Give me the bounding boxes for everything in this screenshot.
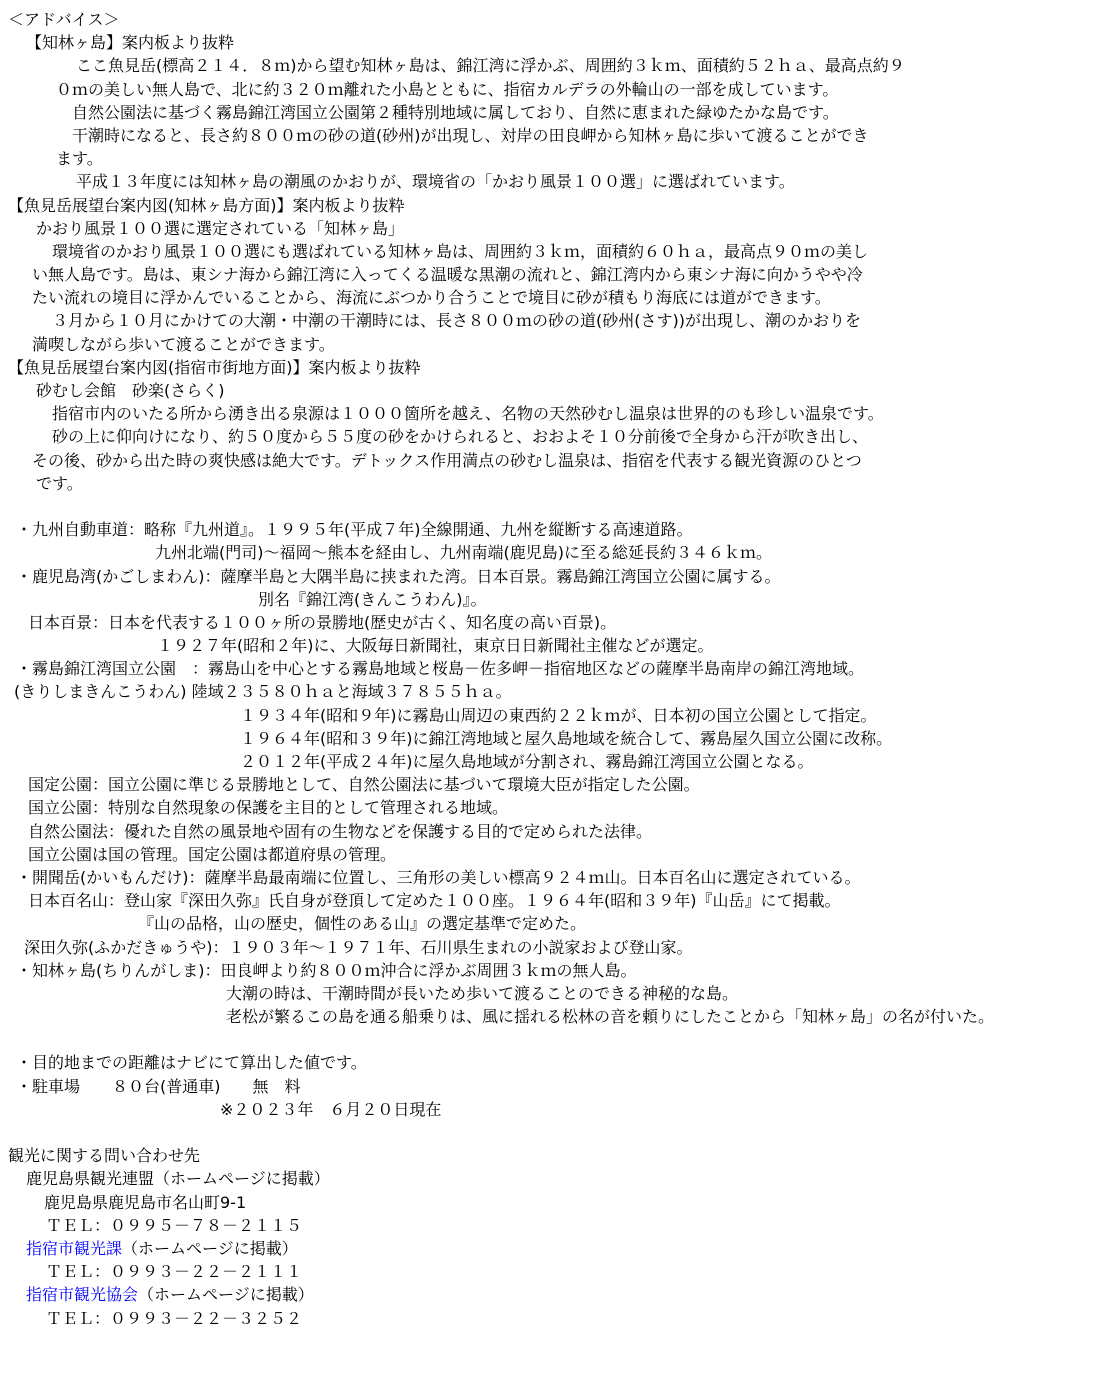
text-line: 干潮時になると、長さ約８００ｍの砂の道(砂州)が出現し、対岸の田良岬から知林ヶ島…: [0, 124, 1103, 147]
org-name: 鹿児島県観光連盟: [26, 1169, 154, 1188]
glossary-item-kokutei-koen: 国定公園：国立公園に準じる景勝地として、自然公園法に基づいて環境大臣が指定した公…: [0, 773, 1103, 796]
text-line: (きりしまきんこうわん) 陸域２３５８０ｈａと海域３７８５５ｈａ。: [0, 680, 1103, 703]
text-line: ２０１２年(平成２４年)に屋久島地域が分割され、霧島錦江湾国立公園となる。: [0, 750, 1103, 773]
contact-tel: ＴＥＬ：０９９３－２２－３２５２: [0, 1307, 1103, 1330]
text-line: 老松が繁るこの島を通る船乗りは、風に揺れる松林の音を頼りにしたことから「知林ヶ島…: [0, 1005, 1103, 1028]
remark-distance: ・目的地までの距離はナビにて算出した値です。: [0, 1051, 1103, 1074]
text-line: 自然公園法に基づく霧島錦江湾国立公園第２種特別地域に属しており、自然に恵まれた緑…: [0, 101, 1103, 124]
text-line: ３月から１０月にかけての大潮・中潮の干潮時には、長さ８００ｍの砂の道(砂州(さす…: [0, 309, 1103, 332]
org-note: （ホームページに掲載）: [138, 1285, 314, 1304]
text-line: 大潮の時は、干潮時間が長いため歩いて渡ることのできる神秘的な島。: [0, 982, 1103, 1005]
advice-document: ＜アドバイス＞ 【知林ヶ島】案内板より抜粋 ここ魚見岳(標高２１４．８ｍ)から望…: [0, 0, 1103, 1330]
text-line: １９３４年(昭和９年)に霧島山周辺の東西約２２ｋｍが、日本初の国立公園として指定…: [0, 704, 1103, 727]
text-line: 指宿市内のいたる所から湧き出る泉源は１０００箇所を越え、名物の天然砂むし温泉は世…: [0, 402, 1103, 425]
contact-tel: ＴＥＬ：０９９５－７８－２１１５: [0, 1214, 1103, 1237]
contact-entry-kagoshima-renmei: 鹿児島県観光連盟（ホームページに掲載）: [0, 1167, 1103, 1190]
section-heading-uomidake-city: 【魚見岳展望台案内図(指宿市街地方面)】案内板より抜粋: [0, 356, 1103, 379]
remark-parking: ・駐車場 ８０台(普通車) 無 料: [0, 1075, 1103, 1098]
ibusuki-kankouka-link[interactable]: 指宿市観光課: [26, 1239, 122, 1258]
text-line: １９２７年(昭和２年)に、大阪毎日新聞社，東京日日新聞社主催などが選定。: [0, 634, 1103, 657]
glossary-item-fukada-kyuya: 深田久弥(ふかだきゅうや)：１９０３年～１９７１年、石川県生まれの小説家および登…: [0, 936, 1103, 959]
glossary-item-kaimondake: ・開聞岳(かいもんだけ)：薩摩半島最南端に位置し、三角形の美しい標高９２４ｍ山。…: [0, 866, 1103, 889]
contact-heading: 観光に関する問い合わせ先: [0, 1144, 1103, 1167]
glossary-item-kokuritsu-koen: 国立公園：特別な自然現象の保護を主目的として管理される地域。: [0, 796, 1103, 819]
text-line: 平成１３年度には知林ヶ島の潮風のかおりが、環境省の「かおり風景１００選」に選ばれ…: [0, 170, 1103, 193]
section-heading-chirin: 【知林ヶ島】案内板より抜粋: [0, 31, 1103, 54]
org-note: （ホームページに掲載）: [154, 1169, 330, 1188]
blank-line: [0, 1121, 1103, 1144]
blank-line: [0, 495, 1103, 518]
text-line: 『山の品格，山の歴史，個性のある山』の選定基準で定めた。: [0, 912, 1103, 935]
text-line: かおり風景１００選に選定されている「知林ヶ島」: [0, 217, 1103, 240]
glossary-item-chiringashima: ・知林ヶ島(ちりんがしま)：田良岬より約８００ｍ沖合に浮かぶ周囲３ｋｍの無人島。: [0, 959, 1103, 982]
remark-date: ※２０２３年 ６月２０日現在: [0, 1098, 1103, 1121]
text-line: 満喫しながら歩いて渡ることができます。: [0, 333, 1103, 356]
contact-address: 鹿児島県鹿児島市名山町9-1: [0, 1191, 1103, 1214]
text-line: １９６４年(昭和３９年)に錦江湾地域と屋久島地域を統合して、霧島屋久国立公園に改…: [0, 727, 1103, 750]
ibusuki-kankoukyoukai-link[interactable]: 指宿市観光協会: [26, 1285, 138, 1304]
text-line: その後、砂から出た時の爽快感は絶大です。デトックス作用満点の砂むし温泉は、指宿を…: [0, 449, 1103, 472]
text-line: たい流れの境目に浮かんでいることから、海流にぶつかり合うことで境目に砂が積もり海…: [0, 286, 1103, 309]
text-line: 環境省のかおり風景１００選にも選ばれている知林ヶ島は、周囲約３ｋｍ，面積約６０ｈ…: [0, 240, 1103, 263]
glossary-item-kagoshima-bay: ・鹿児島湾(かごしまわん)：薩摩半島と大隅半島に挟まれた湾。日本百景。霧島錦江湾…: [0, 565, 1103, 588]
section-heading-uomidake-chirin: 【魚見岳展望台案内図(知林ヶ島方面)】案内板より抜粋: [0, 194, 1103, 217]
contact-entry-ibusuki-kankouka: 指宿市観光課（ホームページに掲載）: [0, 1237, 1103, 1260]
text-line: です。: [0, 472, 1103, 495]
text-line: 九州北端(門司)～福岡～熊本を経由し、九州南端(鹿児島)に至る総延長約３４６ｋｍ…: [0, 541, 1103, 564]
text-line: ます。: [0, 147, 1103, 170]
glossary-item-kirishima-park: ・霧島錦江湾国立公園 ：霧島山を中心とする霧島地域と桜島－佐多岬－指宿地区などの…: [0, 657, 1103, 680]
text-line: い無人島です。島は、東シナ海から錦江湾に入ってくる温暖な黒潮の流れと、錦江湾内か…: [0, 263, 1103, 286]
text-line: 国立公園は国の管理。国定公園は都道府県の管理。: [0, 843, 1103, 866]
glossary-item-hyakumeizan: 日本百名山：登山家『深田久弥』氏自身が登頂して定めた１００座。１９６４年(昭和３…: [0, 889, 1103, 912]
text-line: ここ魚見岳(標高２１４．８ｍ)から望む知林ヶ島は、錦江湾に浮かぶ、周囲約３ｋｍ、…: [0, 54, 1103, 77]
text-line: ０ｍの美しい無人島で、北に約３２０ｍ離れた小島とともに、指宿カルデラの外輪山の一…: [0, 78, 1103, 101]
text-line: 砂の上に仰向けになり、約５０度から５５度の砂をかけられると、おおよそ１０分前後で…: [0, 425, 1103, 448]
blank-line: [0, 1028, 1103, 1051]
glossary-item-shizen-koen-ho: 自然公園法：優れた自然の風景地や固有の生物などを保護する目的で定められた法律。: [0, 820, 1103, 843]
document-header: ＜アドバイス＞: [0, 8, 1103, 31]
glossary-item-kyushu-expressway: ・九州自動車道：略称『九州道』。１９９５年(平成７年)全線開通、九州を縦断する高…: [0, 518, 1103, 541]
text-line: 砂むし会館 砂楽(さらく): [0, 379, 1103, 402]
contact-entry-ibusuki-kyoukai: 指宿市観光協会（ホームページに掲載）: [0, 1283, 1103, 1306]
org-note: （ホームページに掲載）: [122, 1239, 298, 1258]
glossary-item-nihon-hyakkei: 日本百景：日本を代表する１００ヶ所の景勝地(歴史が古く、知名度の高い百景)。: [0, 611, 1103, 634]
contact-tel: ＴＥＬ：０９９３－２２－２１１１: [0, 1260, 1103, 1283]
text-line: 別名『錦江湾(きんこうわん)』。: [0, 588, 1103, 611]
